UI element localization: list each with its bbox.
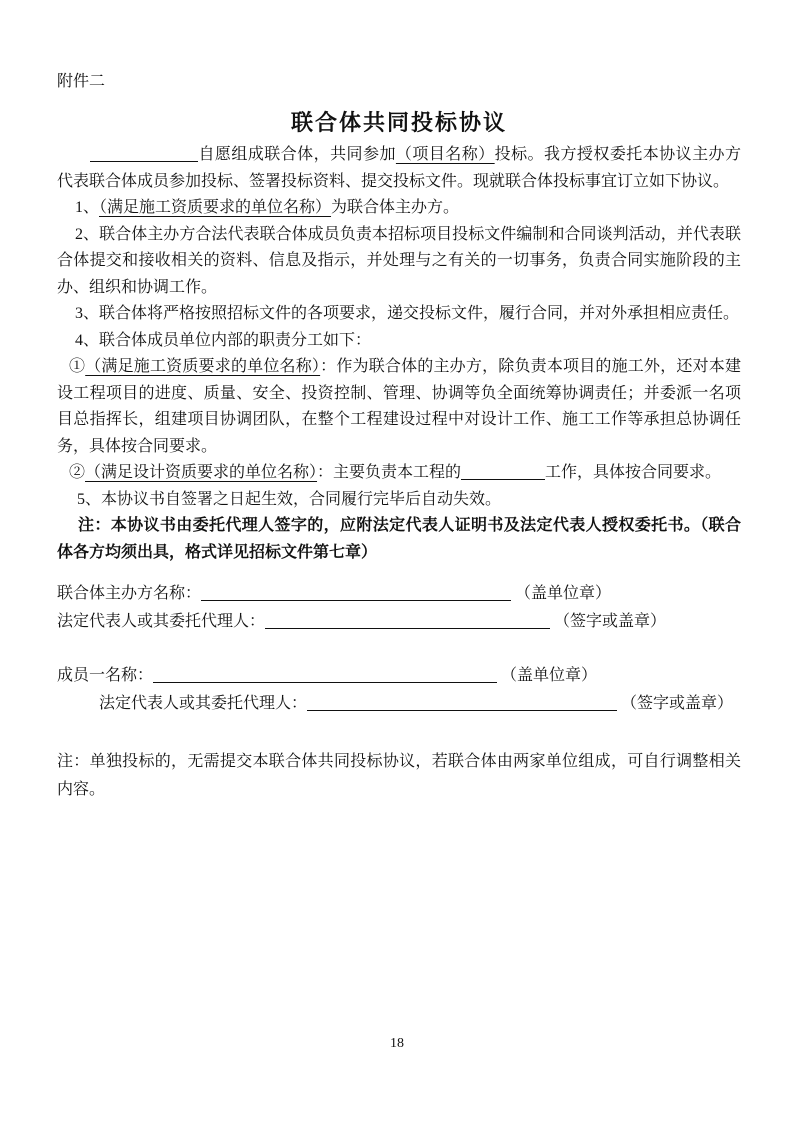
member-one-name-line: 成员一名称： （盖单位章） xyxy=(57,662,741,690)
text-run: 4、联合体成员单位内部的职责分工如下： xyxy=(75,332,371,349)
attachment-label: 附件二 xyxy=(57,72,741,92)
signature-label: 联合体主办方名称： xyxy=(57,585,201,602)
member-one-rep-line: 法定代表人或其委托代理人： （签字或盖章） xyxy=(57,690,741,718)
text-run: ① xyxy=(69,358,85,375)
signature-blank-line xyxy=(265,614,550,629)
item-5: 5、本协议书自签署之日起生效，合同履行完毕后自动失效。 xyxy=(57,487,741,514)
lead-party-name-line: 联合体主办方名称： （盖单位章） xyxy=(57,580,741,608)
signature-label: 法定代表人或其委托代理人： xyxy=(57,613,265,630)
lead-party-rep-line: 法定代表人或其委托代理人： （签字或盖章） xyxy=(57,608,741,636)
underlined-text: （项目名称） xyxy=(396,146,495,163)
document-body: 自愿组成联合体，共同参加（项目名称）投标。我方授权委托本协议主办方代表联合体成员… xyxy=(57,142,741,566)
blank-fill-line xyxy=(90,147,198,162)
text-run: 2、联合体主办方合法代表联合体成员负责本招标项目投标文件编制和合同谈判活动，并代… xyxy=(57,226,741,296)
signature-suffix: （签字或盖章） xyxy=(617,695,733,712)
item-1: 1、（满足施工资质要求的单位名称）为联合体主办方。 xyxy=(57,195,741,222)
page-number: 18 xyxy=(0,1036,794,1052)
bold-note: 注：本协议书由委托代理人签字的，应附法定代表人证明书及法定代表人授权委托书。（联… xyxy=(57,513,741,566)
text-run: 自愿组成联合体，共同参加 xyxy=(198,146,396,163)
item-4-sub-1: ①（满足施工资质要求的单位名称）：作为联合体的主办方，除负责本项目的施工外，还对… xyxy=(57,354,741,460)
signature-blank-line xyxy=(307,696,617,711)
footer-note: 注：单独投标的，无需提交本联合体共同投标协议，若联合体由两家单位组成，可自行调整… xyxy=(57,748,741,804)
item-2: 2、联合体主办方合法代表联合体成员负责本招标项目投标文件编制和合同谈判活动，并代… xyxy=(57,222,741,302)
signature-label: 成员一名称： xyxy=(57,667,153,684)
intro-paragraph: 自愿组成联合体，共同参加（项目名称）投标。我方授权委托本协议主办方代表联合体成员… xyxy=(57,142,741,195)
blank-fill-line xyxy=(461,465,545,480)
text-run: 5、本协议书自签署之日起生效，合同履行完毕后自动失效。 xyxy=(77,491,501,508)
underlined-text: （满足设计资质要求的单位名称） xyxy=(85,464,317,481)
page-title: 联合体共同投标协议 xyxy=(57,108,741,138)
text-run: 注：本协议书由委托代理人签字的，应附法定代表人证明书及法定代表人授权委托书。（联… xyxy=(57,517,741,561)
document-page: 附件二 联合体共同投标协议 自愿组成联合体，共同参加（项目名称）投标。我方授权委… xyxy=(0,0,794,1123)
text-run: 为联合体主办方。 xyxy=(331,199,459,216)
text-run: 3、联合体将严格按照招标文件的各项要求，递交投标文件，履行合同，并对外承担相应责… xyxy=(75,305,739,322)
item-4-sub-2: ②（满足设计资质要求的单位名称）：主要负责本工程的工作，具体按合同要求。 xyxy=(57,460,741,487)
underlined-text: （满足施工资质要求的单位名称） xyxy=(85,358,320,375)
document-content: 附件二 联合体共同投标协议 自愿组成联合体，共同参加（项目名称）投标。我方授权委… xyxy=(57,72,741,804)
item-4: 4、联合体成员单位内部的职责分工如下： xyxy=(57,328,741,355)
signature-suffix: （盖单位章） xyxy=(497,667,597,684)
text-run: 1、 xyxy=(75,199,99,216)
signature-suffix: （签字或盖章） xyxy=(550,613,666,630)
underlined-text: （满足施工资质要求的单位名称） xyxy=(99,199,331,216)
text-run: ：主要负责本工程的 xyxy=(317,464,461,481)
item-3: 3、联合体将严格按照招标文件的各项要求，递交投标文件，履行合同，并对外承担相应责… xyxy=(57,301,741,328)
text-run: 工作，具体按合同要求。 xyxy=(545,464,721,481)
signature-label: 法定代表人或其委托代理人： xyxy=(99,695,307,712)
text-run: ② xyxy=(69,464,85,481)
signature-blank-line xyxy=(153,668,497,683)
signature-blank-line xyxy=(201,586,511,601)
signature-suffix: （盖单位章） xyxy=(511,585,611,602)
signature-block: 联合体主办方名称： （盖单位章）法定代表人或其委托代理人： （签字或盖章）成员一… xyxy=(57,580,741,718)
